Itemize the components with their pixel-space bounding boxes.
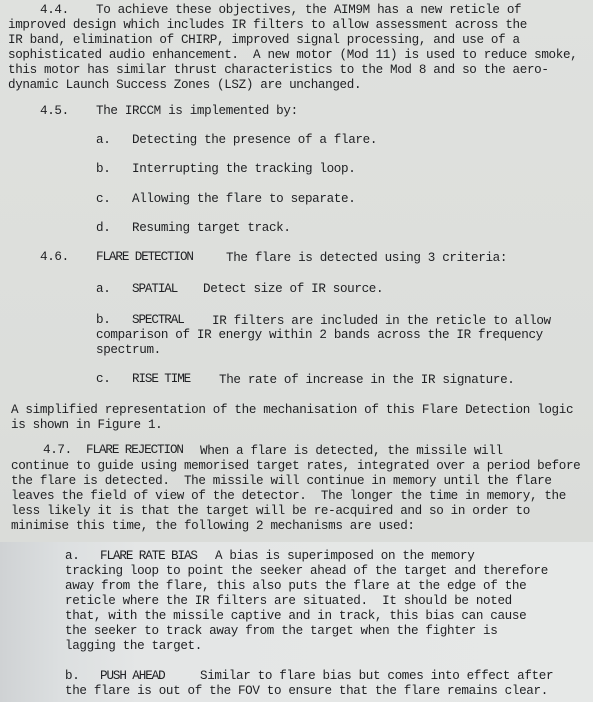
figure-note-line: A simplified representation of the mecha… xyxy=(11,403,573,417)
mechanism-text: away from the flare, this also puts the … xyxy=(65,579,526,593)
criterion-text: comparison of IR energy within 2 bands a… xyxy=(96,328,543,342)
para-4-7-number: 4.7. xyxy=(43,443,72,457)
list-item: Allowing the flare to separate. xyxy=(132,192,355,206)
para-4-7-line: the flare is detected. The missile will … xyxy=(11,474,552,488)
para-4-4-line: sophisticated audio enhancement. A new m… xyxy=(8,48,577,62)
mechanism-text: tracking loop to point the seeker ahead … xyxy=(65,564,548,578)
list-item: Interrupting the tracking loop. xyxy=(132,162,355,176)
criterion-text: IR filters are included in the reticle t… xyxy=(212,314,551,328)
list-item-letter: b. xyxy=(96,313,110,327)
criterion-text: The rate of increase in the IR signature… xyxy=(219,373,515,387)
mechanism-text: that, with the missile captive and in tr… xyxy=(65,609,526,623)
para-4-4-number: 4.4. xyxy=(40,3,69,17)
list-item: Detecting the presence of a flare. xyxy=(132,133,377,147)
list-item-letter: c. xyxy=(96,192,110,206)
mechanism-text: Similar to flare bias but comes into eff… xyxy=(200,669,553,683)
list-item-letter: d. xyxy=(96,221,110,235)
para-4-7-heading: FLARE REJECTION xyxy=(86,443,183,457)
mechanism-text: reticle where the IR filters are situate… xyxy=(65,594,512,608)
mechanism-text: lagging the target. xyxy=(65,639,202,653)
para-4-4-line: this motor has similar thrust characteri… xyxy=(8,63,549,77)
criterion-heading: RISE TIME xyxy=(132,372,190,386)
list-item-letter: a. xyxy=(65,549,79,563)
list-item-letter: a. xyxy=(96,282,110,296)
para-4-4-line: To achieve these objectives, the AIM9M h… xyxy=(96,3,521,17)
para-4-4-line: IR band, elimination of CHIRP, improved … xyxy=(8,33,520,47)
para-4-6-heading: FLARE DETECTION xyxy=(96,250,193,264)
para-4-6-intro: The flare is detected using 3 criteria: xyxy=(226,251,507,265)
criterion-text: Detect size of IR source. xyxy=(203,282,383,296)
list-item-letter: b. xyxy=(65,669,79,683)
para-4-7-line: less likely it is that the target will b… xyxy=(11,504,530,518)
mechanism-heading: FLARE RATE BIAS xyxy=(100,549,197,563)
list-item: Resuming target track. xyxy=(132,221,291,235)
criterion-heading: SPATIAL xyxy=(132,282,177,296)
list-item-letter: c. xyxy=(96,372,110,386)
para-4-7-line: continue to guide using memorised target… xyxy=(11,459,580,473)
mechanism-text: the seeker to track away from the target… xyxy=(65,624,497,638)
para-4-7-line: minimise this time, the following 2 mech… xyxy=(11,519,415,533)
para-4-6-number: 4.6. xyxy=(40,250,69,264)
mechanism-text: the flare is out of the FOV to ensure th… xyxy=(65,684,548,698)
para-4-7-line: When a flare is detected, the missile wi… xyxy=(200,444,503,458)
list-item-letter: b. xyxy=(96,162,110,176)
figure-note-line: is shown in Figure 1. xyxy=(11,418,162,432)
para-4-4-line: dynamic Launch Success Zones (LSZ) are u… xyxy=(8,78,361,92)
mechanism-text: A bias is superimposed on the memory xyxy=(215,549,474,563)
mechanism-heading: PUSH AHEAD xyxy=(100,669,165,683)
criterion-heading: SPECTRAL xyxy=(132,313,184,327)
para-4-5-number: 4.5. xyxy=(40,104,69,118)
para-4-7-line: leaves the field of view of the detector… xyxy=(11,489,566,503)
para-4-4-line: improved design which includes IR filter… xyxy=(8,18,527,32)
criterion-text: spectrum. xyxy=(96,343,161,357)
para-4-5-intro: The IRCCM is implemented by: xyxy=(96,104,298,118)
list-item-letter: a. xyxy=(96,133,110,147)
